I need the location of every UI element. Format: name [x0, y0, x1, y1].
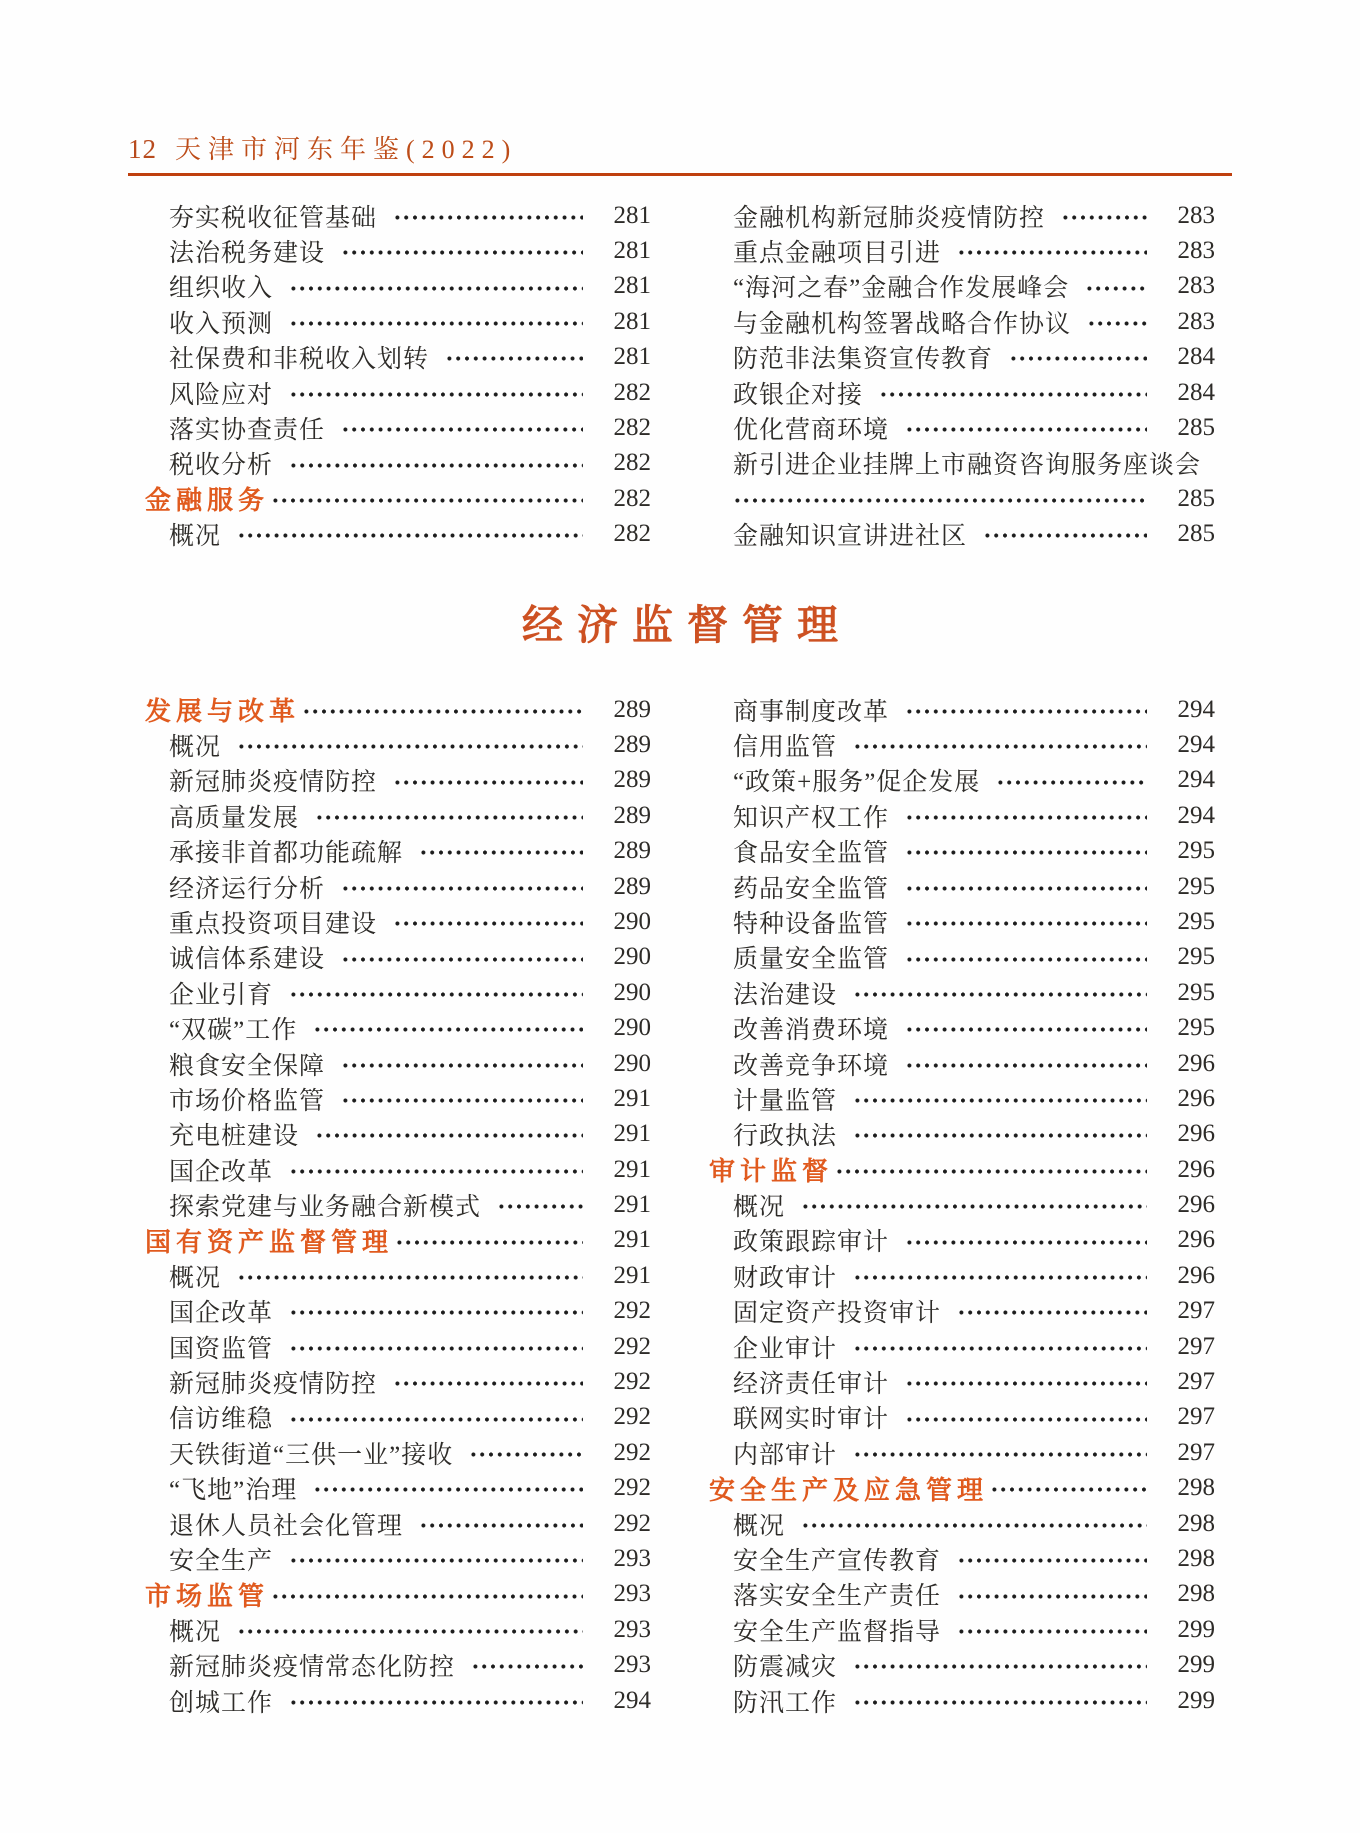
- dot-leader: [1201, 446, 1215, 481]
- dot-leader: [393, 763, 583, 798]
- toc-entry: 概况289: [145, 727, 651, 762]
- entry-title: 税收分析: [169, 445, 273, 481]
- entry-title: 商事制度改革: [733, 692, 889, 728]
- dot-leader: [996, 763, 1147, 798]
- toc-entry: 收入预测281: [145, 304, 651, 339]
- dot-leader: [801, 1187, 1147, 1222]
- entry-title: 经济责任审计: [733, 1364, 889, 1400]
- entry-page-number: 292: [593, 1474, 651, 1502]
- dot-leader: [733, 481, 1147, 516]
- entry-page-number: 296: [1157, 1226, 1215, 1254]
- entry-page-number: 294: [593, 1687, 651, 1715]
- entry-title: “飞地”治理: [169, 1470, 297, 1506]
- dot-leader: [419, 833, 583, 868]
- entry-page-number: 294: [1157, 802, 1215, 830]
- entry-page-number: 293: [593, 1580, 651, 1608]
- entry-title: 金融知识宣讲进社区: [733, 516, 967, 552]
- entry-title: 国企改革: [169, 1293, 273, 1329]
- dot-leader: [289, 975, 583, 1010]
- toc-entry: 充电桩建设291: [145, 1117, 651, 1152]
- entry-title: 新冠肺炎疫情常态化防控: [169, 1647, 455, 1683]
- dot-leader: [237, 1258, 583, 1293]
- dot-leader: [497, 1187, 583, 1222]
- toc-entry: 新冠肺炎疫情防控289: [145, 763, 651, 798]
- dot-leader: [237, 517, 583, 552]
- entry-page-number: 282: [593, 520, 651, 548]
- toc-heading-entry: 发展与改革289: [145, 692, 651, 727]
- toc-entry: 安全生产293: [145, 1541, 651, 1576]
- entry-title: 国有资产监督管理: [145, 1222, 393, 1259]
- toc-entry: “飞地”治理292: [145, 1471, 651, 1506]
- dot-leader: [419, 1506, 583, 1541]
- dot-leader: [983, 517, 1147, 552]
- dot-leader: [905, 798, 1147, 833]
- toc-entry: 食品安全监管295: [709, 833, 1215, 868]
- dot-leader: [341, 1081, 583, 1116]
- entry-title: 法治税务建设: [169, 233, 325, 269]
- entry-title: 内部审计: [733, 1435, 837, 1471]
- entry-page-number: 295: [1157, 908, 1215, 936]
- dot-leader: [341, 1046, 583, 1081]
- entry-page-number: 292: [593, 1333, 651, 1361]
- dot-leader: [905, 940, 1147, 975]
- entry-title: 企业引育: [169, 975, 273, 1011]
- toc-entry: 安全生产监督指导299: [709, 1612, 1215, 1647]
- entry-page-number: 292: [593, 1368, 651, 1396]
- entry-title: 新冠肺炎疫情防控: [169, 762, 377, 798]
- toc-entry: 创城工作294: [145, 1683, 651, 1718]
- dot-leader: [313, 1471, 583, 1506]
- toc-entry: 与金融机构签署战略合作协议283: [709, 304, 1215, 339]
- toc-entry: 社保费和非税收入划转281: [145, 340, 651, 375]
- toc-entry: 政银企对接284: [709, 375, 1215, 410]
- entry-title: 安全生产: [169, 1541, 273, 1577]
- dot-leader: [990, 1471, 1147, 1506]
- toc-entry: 法治税务建设281: [145, 233, 651, 268]
- entry-page-number: 285: [1157, 485, 1215, 513]
- entry-page-number: 299: [1157, 1616, 1215, 1644]
- dot-leader: [289, 304, 583, 339]
- toc-entry: 内部审计297: [709, 1435, 1215, 1470]
- dot-leader: [341, 410, 583, 445]
- entry-page-number: 299: [1157, 1687, 1215, 1715]
- toc-entry: 概况298: [709, 1506, 1215, 1541]
- entry-page-number: 284: [1157, 343, 1215, 371]
- toc-entry: 特种设备监管295: [709, 904, 1215, 939]
- dot-leader: [302, 692, 583, 727]
- entry-title: 法治建设: [733, 975, 837, 1011]
- entry-title: 经济运行分析: [169, 869, 325, 905]
- toc-entry: 经济运行分析289: [145, 869, 651, 904]
- entry-page-number: 289: [593, 766, 651, 794]
- dot-leader: [957, 233, 1147, 268]
- entry-title: 药品安全监管: [733, 869, 889, 905]
- dot-leader: [289, 1400, 583, 1435]
- entry-page-number: 292: [593, 1403, 651, 1431]
- toc-entry: 金融机构新冠肺炎疫情防控283: [709, 198, 1215, 233]
- dot-leader: [905, 1046, 1147, 1081]
- entry-page-number: 297: [1157, 1297, 1215, 1325]
- entry-page-number: 283: [1157, 237, 1215, 265]
- dot-leader: [957, 1294, 1147, 1329]
- toc-heading-entry: 审计监督296: [709, 1152, 1215, 1187]
- toc-entry: 计量监管296: [709, 1081, 1215, 1116]
- entry-title: 天铁街道“三供一业”接收: [169, 1435, 453, 1471]
- entry-title: 充电桩建设: [169, 1116, 299, 1152]
- entry-title: 夯实税收征管基础: [169, 198, 377, 234]
- entry-page-number: 285: [1157, 414, 1215, 442]
- entry-title: 企业审计: [733, 1329, 837, 1365]
- toc-entry: 防震减灾299: [709, 1647, 1215, 1682]
- dot-leader: [879, 375, 1147, 410]
- toc-entry: 知识产权工作294: [709, 798, 1215, 833]
- entry-title: 概况: [733, 1187, 785, 1223]
- toc-entry: 信访维稳292: [145, 1400, 651, 1435]
- toc-entry: 联网实时审计297: [709, 1400, 1215, 1435]
- entry-page-number: 281: [593, 272, 651, 300]
- entry-title: 金融服务: [145, 480, 269, 517]
- dot-leader: [957, 1541, 1147, 1576]
- dot-leader: [315, 798, 583, 833]
- entry-title: 新引进企业挂牌上市融资咨询服务座谈会: [733, 445, 1201, 481]
- entry-page-number: 294: [1157, 766, 1215, 794]
- toc-entry: 承接非首都功能疏解289: [145, 833, 651, 868]
- entry-title: 安全生产监督指导: [733, 1612, 941, 1648]
- dot-leader: [905, 833, 1147, 868]
- dot-leader: [469, 1435, 583, 1470]
- toc-entry: 防范非法集资宣传教育284: [709, 340, 1215, 375]
- dot-leader: [271, 481, 583, 516]
- entry-page-number: 290: [593, 1014, 651, 1042]
- chapter-title: 经济监督管理: [0, 602, 1360, 648]
- entry-title: 市场监管: [145, 1576, 269, 1613]
- entry-title: “双碳”工作: [169, 1010, 297, 1046]
- entry-title: 国企改革: [169, 1152, 273, 1188]
- entry-page-number: 290: [593, 943, 651, 971]
- dot-leader: [237, 1612, 583, 1647]
- toc-entry: 质量安全监管295: [709, 940, 1215, 975]
- dot-leader: [905, 869, 1147, 904]
- entry-page-number: 298: [1157, 1580, 1215, 1608]
- toc-entry: “政策+服务”促企发展294: [709, 763, 1215, 798]
- entry-title: 市场价格监管: [169, 1081, 325, 1117]
- entry-title: 创城工作: [169, 1683, 273, 1719]
- entry-page-number: 282: [593, 379, 651, 407]
- dot-leader: [289, 1541, 583, 1576]
- dot-leader: [1009, 340, 1147, 375]
- entry-title: 固定资产投资审计: [733, 1293, 941, 1329]
- entry-page-number: 282: [593, 414, 651, 442]
- toc-entry: 企业审计297: [709, 1329, 1215, 1364]
- entry-title: 优化营商环境: [733, 410, 889, 446]
- toc-heading-entry: 市场监管293: [145, 1577, 651, 1612]
- dot-leader: [289, 375, 583, 410]
- entry-title: 特种设备监管: [733, 904, 889, 940]
- page-header: 12 天津市河东年鉴(2022): [128, 0, 1232, 176]
- toc-heading-entry: 金融服务282: [145, 481, 651, 516]
- book-title: 天津市河东年鉴(2022): [175, 129, 517, 166]
- entry-page-number: 297: [1157, 1333, 1215, 1361]
- entry-title: 联网实时审计: [733, 1399, 889, 1435]
- toc-entry: 概况296: [709, 1187, 1215, 1222]
- toc-entry: 组织收入281: [145, 269, 651, 304]
- entry-page-number: 281: [593, 237, 651, 265]
- entry-title: 金融机构新冠肺炎疫情防控: [733, 198, 1045, 234]
- dot-leader: [313, 1010, 583, 1045]
- toc-entry: 商事制度改革294: [709, 692, 1215, 727]
- toc-entry: 药品安全监管295: [709, 869, 1215, 904]
- toc-entry: 粮食安全保障290: [145, 1046, 651, 1081]
- toc-entry: 风险应对282: [145, 375, 651, 410]
- dot-leader: [237, 727, 583, 762]
- dot-leader: [471, 1647, 583, 1682]
- entry-title: 诚信体系建设: [169, 939, 325, 975]
- dot-leader: [853, 727, 1147, 762]
- entry-title: 防范非法集资宣传教育: [733, 339, 993, 375]
- dot-leader: [905, 410, 1147, 445]
- entry-page-number: 283: [1157, 308, 1215, 336]
- entry-title: 概况: [169, 1612, 221, 1648]
- toc-entry: 重点投资项目建设290: [145, 904, 651, 939]
- toc-entry: 国企改革292: [145, 1294, 651, 1329]
- entry-title: 行政执法: [733, 1116, 837, 1152]
- dot-leader: [957, 1612, 1147, 1647]
- toc-column-left: 发展与改革289概况289新冠肺炎疫情防控289高质量发展289承接非首都功能疏…: [145, 692, 651, 1718]
- entry-title: 质量安全监管: [733, 939, 889, 975]
- entry-title: 重点投资项目建设: [169, 904, 377, 940]
- entry-title: 发展与改革: [145, 691, 300, 728]
- dot-leader: [393, 904, 583, 939]
- entry-title: 退休人员社会化管理: [169, 1506, 403, 1542]
- entry-page-number: 299: [1157, 1651, 1215, 1679]
- toc-entry: 经济责任审计297: [709, 1364, 1215, 1399]
- toc-entry: 固定资产投资审计297: [709, 1294, 1215, 1329]
- toc-main-section: 发展与改革289概况289新冠肺炎疫情防控289高质量发展289承接非首都功能疏…: [0, 692, 1360, 1718]
- entry-page-number: 281: [593, 343, 651, 371]
- entry-title: 新冠肺炎疫情防控: [169, 1364, 377, 1400]
- entry-title: 承接非首都功能疏解: [169, 833, 403, 869]
- entry-title: 计量监管: [733, 1081, 837, 1117]
- entry-title: “海河之春”金融合作发展峰会: [733, 268, 1069, 304]
- toc-entry: 优化营商环境285: [709, 410, 1215, 445]
- entry-page-number: 283: [1157, 202, 1215, 230]
- entry-title: 财政审计: [733, 1258, 837, 1294]
- entry-page-number: 292: [593, 1510, 651, 1538]
- entry-page-number: 293: [593, 1545, 651, 1573]
- toc-entry: 安全生产宣传教育298: [709, 1541, 1215, 1576]
- dot-leader: [835, 1152, 1147, 1187]
- toc-entry: 落实安全生产责任298: [709, 1577, 1215, 1612]
- dot-leader: [341, 233, 583, 268]
- entry-title: 重点金融项目引进: [733, 233, 941, 269]
- dot-leader: [905, 692, 1147, 727]
- toc-entry: 诚信体系建设290: [145, 940, 651, 975]
- toc-column-right: 商事制度改革294信用监管294“政策+服务”促企发展294知识产权工作294食…: [709, 692, 1215, 1718]
- dot-leader: [271, 1577, 583, 1612]
- dot-leader: [905, 904, 1147, 939]
- dot-leader: [801, 1506, 1147, 1541]
- toc-entry: 行政执法296: [709, 1117, 1215, 1152]
- entry-page-number: 295: [1157, 943, 1215, 971]
- entry-page-number: 296: [1157, 1085, 1215, 1113]
- entry-page-number: 289: [593, 696, 651, 724]
- dot-leader: [853, 1329, 1147, 1364]
- entry-page-number: 291: [593, 1120, 651, 1148]
- toc-entry: 金融知识宣讲进社区285: [709, 517, 1215, 552]
- entry-page-number: 293: [593, 1651, 651, 1679]
- entry-title: 改善消费环境: [733, 1010, 889, 1046]
- toc-column-right: 金融机构新冠肺炎疫情防控283重点金融项目引进283“海河之春”金融合作发展峰会…: [709, 198, 1215, 552]
- entry-page-number: 282: [593, 449, 651, 477]
- dot-leader: [445, 340, 583, 375]
- dot-leader: [853, 1435, 1147, 1470]
- entry-page-number: 289: [593, 837, 651, 865]
- toc-entry: 概况282: [145, 517, 651, 552]
- dot-leader: [1061, 198, 1147, 233]
- entry-page-number: 296: [1157, 1120, 1215, 1148]
- dot-leader: [853, 1081, 1147, 1116]
- toc-entry: 国资监管292: [145, 1329, 651, 1364]
- entry-page-number: 281: [593, 202, 651, 230]
- toc-entry: 退休人员社会化管理292: [145, 1506, 651, 1541]
- entry-title: 探索党建与业务融合新模式: [169, 1187, 481, 1223]
- dot-leader: [853, 1258, 1147, 1293]
- dot-leader: [315, 1117, 583, 1152]
- entry-title: 收入预测: [169, 304, 273, 340]
- toc-entry: 天铁街道“三供一业”接收292: [145, 1435, 651, 1470]
- entry-page-number: 297: [1157, 1403, 1215, 1431]
- entry-title: 安全生产宣传教育: [733, 1541, 941, 1577]
- dot-leader: [393, 1364, 583, 1399]
- entry-title: 安全生产及应急管理: [709, 1470, 988, 1507]
- entry-page-number: 296: [1157, 1156, 1215, 1184]
- dot-leader: [853, 1683, 1147, 1718]
- dot-leader: [289, 1329, 583, 1364]
- entry-page-number: 291: [593, 1262, 651, 1290]
- toc-entry-wrapped-title: 新引进企业挂牌上市融资咨询服务座谈会: [709, 446, 1215, 481]
- dot-leader: [289, 1294, 583, 1329]
- entry-title: 风险应对: [169, 375, 273, 411]
- toc-heading-entry: 国有资产监督管理291: [145, 1223, 651, 1258]
- entry-page-number: 291: [593, 1156, 651, 1184]
- entry-title: 政银企对接: [733, 375, 863, 411]
- entry-page-number: 290: [593, 1050, 651, 1078]
- entry-page-number: 296: [1157, 1050, 1215, 1078]
- entry-title: “政策+服务”促企发展: [733, 762, 980, 798]
- dot-leader: [341, 869, 583, 904]
- entry-title: 政策跟踪审计: [733, 1222, 889, 1258]
- entry-page-number: 296: [1157, 1262, 1215, 1290]
- dot-leader: [957, 1577, 1147, 1612]
- toc-entry: 落实协查责任282: [145, 410, 651, 445]
- toc-entry: 法治建设295: [709, 975, 1215, 1010]
- entry-title: 知识产权工作: [733, 798, 889, 834]
- entry-title: 信访维稳: [169, 1399, 273, 1435]
- dot-leader: [289, 269, 583, 304]
- entry-page-number: 295: [1157, 979, 1215, 1007]
- entry-page-number: 284: [1157, 379, 1215, 407]
- entry-page-number: 294: [1157, 696, 1215, 724]
- entry-title: 概况: [169, 516, 221, 552]
- entry-title: 概况: [733, 1506, 785, 1542]
- dot-leader: [395, 1223, 583, 1258]
- toc-entry: 政策跟踪审计296: [709, 1223, 1215, 1258]
- entry-title: 国资监管: [169, 1329, 273, 1365]
- entry-page-number: 293: [593, 1616, 651, 1644]
- entry-page-number: 295: [1157, 1014, 1215, 1042]
- toc-column-left: 夯实税收征管基础281法治税务建设281组织收入281收入预测281社保费和非税…: [145, 198, 651, 552]
- toc-entry: 改善消费环境295: [709, 1010, 1215, 1045]
- folio-page-number: 12: [128, 134, 157, 165]
- toc-entry: 夯实税收征管基础281: [145, 198, 651, 233]
- entry-title: 防汛工作: [733, 1683, 837, 1719]
- entry-page-number: 283: [1157, 272, 1215, 300]
- yearbook-toc-page: 12 天津市河东年鉴(2022) 夯实税收征管基础281法治税务建设281组织收…: [0, 0, 1360, 1833]
- entry-page-number: 292: [593, 1439, 651, 1467]
- dot-leader: [853, 1117, 1147, 1152]
- entry-page-number: 285: [1157, 520, 1215, 548]
- toc-heading-entry: 安全生产及应急管理298: [709, 1471, 1215, 1506]
- toc-entry: 财政审计296: [709, 1258, 1215, 1293]
- toc-entry: 概况291: [145, 1258, 651, 1293]
- entry-page-number: 298: [1157, 1545, 1215, 1573]
- toc-entry: 重点金融项目引进283: [709, 233, 1215, 268]
- entry-page-number: 292: [593, 1297, 651, 1325]
- toc-entry: 探索党建与业务融合新模式291: [145, 1187, 651, 1222]
- dot-leader: [393, 198, 583, 233]
- toc-entry: 信用监管294: [709, 727, 1215, 762]
- entry-title: 与金融机构签署战略合作协议: [733, 304, 1071, 340]
- entry-title: 信用监管: [733, 727, 837, 763]
- entry-page-number: 298: [1157, 1474, 1215, 1502]
- entry-page-number: 291: [593, 1191, 651, 1219]
- entry-page-number: 297: [1157, 1439, 1215, 1467]
- dot-leader: [905, 1010, 1147, 1045]
- dot-leader: [1087, 304, 1147, 339]
- entry-page-number: 289: [593, 731, 651, 759]
- entry-page-number: 296: [1157, 1191, 1215, 1219]
- dot-leader: [905, 1400, 1147, 1435]
- entry-page-number: 294: [1157, 731, 1215, 759]
- entry-title: 防震减灾: [733, 1647, 837, 1683]
- entry-title: 落实安全生产责任: [733, 1576, 941, 1612]
- toc-entry: 改善竞争环境296: [709, 1046, 1215, 1081]
- entry-title: 改善竞争环境: [733, 1046, 889, 1082]
- entry-page-number: 295: [1157, 873, 1215, 901]
- dot-leader: [289, 446, 583, 481]
- entry-title: 审计监督: [709, 1151, 833, 1188]
- entry-title: 高质量发展: [169, 798, 299, 834]
- dot-leader: [905, 1364, 1147, 1399]
- entry-page-number: 295: [1157, 837, 1215, 865]
- dot-leader: [905, 1223, 1147, 1258]
- dot-leader: [341, 940, 583, 975]
- toc-continuation-section: 夯实税收征管基础281法治税务建设281组织收入281收入预测281社保费和非税…: [0, 198, 1360, 552]
- toc-entry: 新冠肺炎疫情防控292: [145, 1364, 651, 1399]
- toc-entry: 高质量发展289: [145, 798, 651, 833]
- entry-page-number: 291: [593, 1085, 651, 1113]
- toc-entry: 防汛工作299: [709, 1683, 1215, 1718]
- toc-entry: 税收分析282: [145, 446, 651, 481]
- entry-title: 组织收入: [169, 268, 273, 304]
- entry-title: 粮食安全保障: [169, 1046, 325, 1082]
- entry-page-number: 289: [593, 873, 651, 901]
- toc-entry-continuation: 285: [709, 481, 1215, 516]
- entry-title: 社保费和非税收入划转: [169, 339, 429, 375]
- entry-page-number: 297: [1157, 1368, 1215, 1396]
- dot-leader: [289, 1683, 583, 1718]
- entry-page-number: 291: [593, 1226, 651, 1254]
